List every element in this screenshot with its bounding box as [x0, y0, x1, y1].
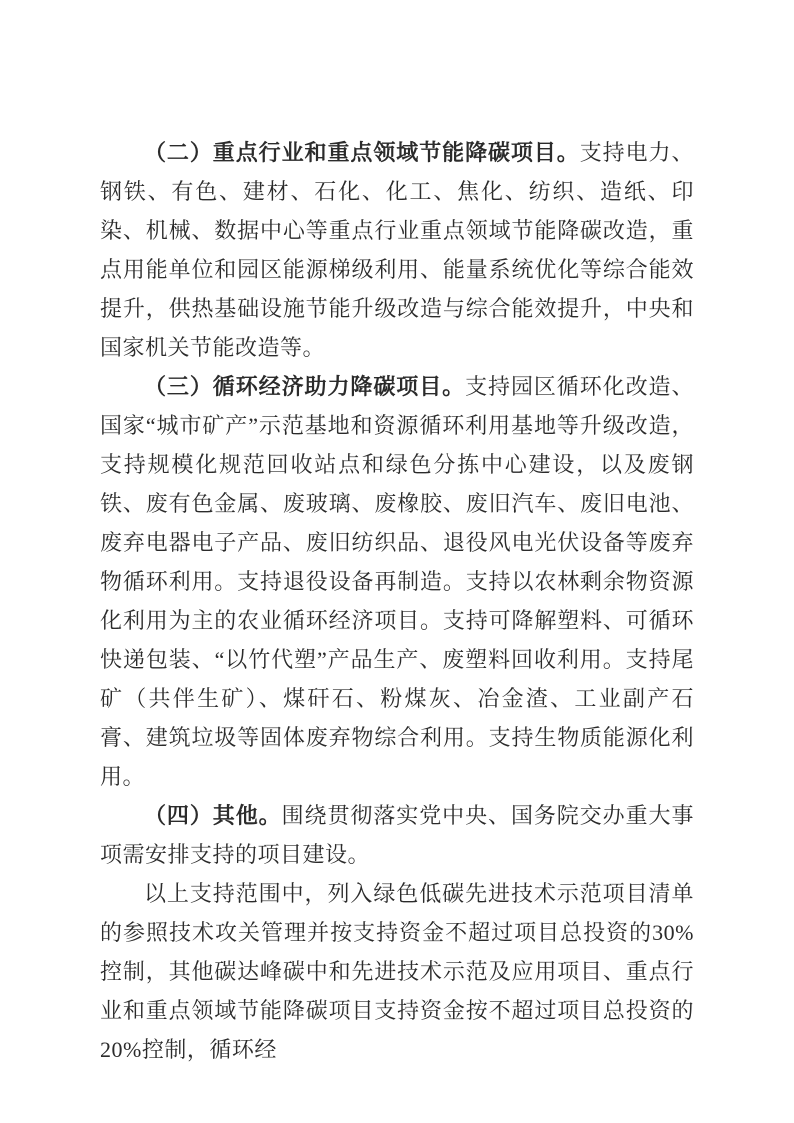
- paragraph-lead-circular-economy: （三）循环经济助力降碳项目。: [144, 374, 465, 399]
- document-page: （二）重点行业和重点领域节能降碳项目。支持电力、钢铁、有色、建材、石化、化工、焦…: [0, 0, 794, 1123]
- paragraph-funding-limits: 以上支持范围中，列入绿色低碳先进技术示范项目清单的参照技术攻关管理并按支持资金不…: [100, 874, 694, 1069]
- paragraph-others: （四）其他。围绕贯彻落实党中央、国务院交办重大事项需安排支持的项目建设。: [100, 796, 694, 874]
- paragraph-body-funding-limits: 以上支持范围中，列入绿色低碳先进技术示范项目清单的参照技术攻关管理并按支持资金不…: [100, 881, 694, 1062]
- paragraph-body-key-industries: 支持电力、钢铁、有色、建材、石化、化工、焦化、纺织、造纸、印染、机械、数据中心等…: [100, 140, 694, 360]
- paragraph-lead-key-industries: （二）重点行业和重点领域节能降碳项目。: [144, 140, 580, 165]
- document-text-block: （二）重点行业和重点领域节能降碳项目。支持电力、钢铁、有色、建材、石化、化工、焦…: [100, 133, 694, 1069]
- paragraph-lead-others: （四）其他。: [144, 803, 282, 828]
- paragraph-body-circular-economy: 支持园区循环化改造、国家“城市矿产”示范基地和资源循环利用基地等升级改造，支持规…: [100, 374, 694, 789]
- paragraph-key-industries: （二）重点行业和重点领域节能降碳项目。支持电力、钢铁、有色、建材、石化、化工、焦…: [100, 133, 694, 367]
- paragraph-circular-economy: （三）循环经济助力降碳项目。支持园区循环化改造、国家“城市矿产”示范基地和资源循…: [100, 367, 694, 796]
